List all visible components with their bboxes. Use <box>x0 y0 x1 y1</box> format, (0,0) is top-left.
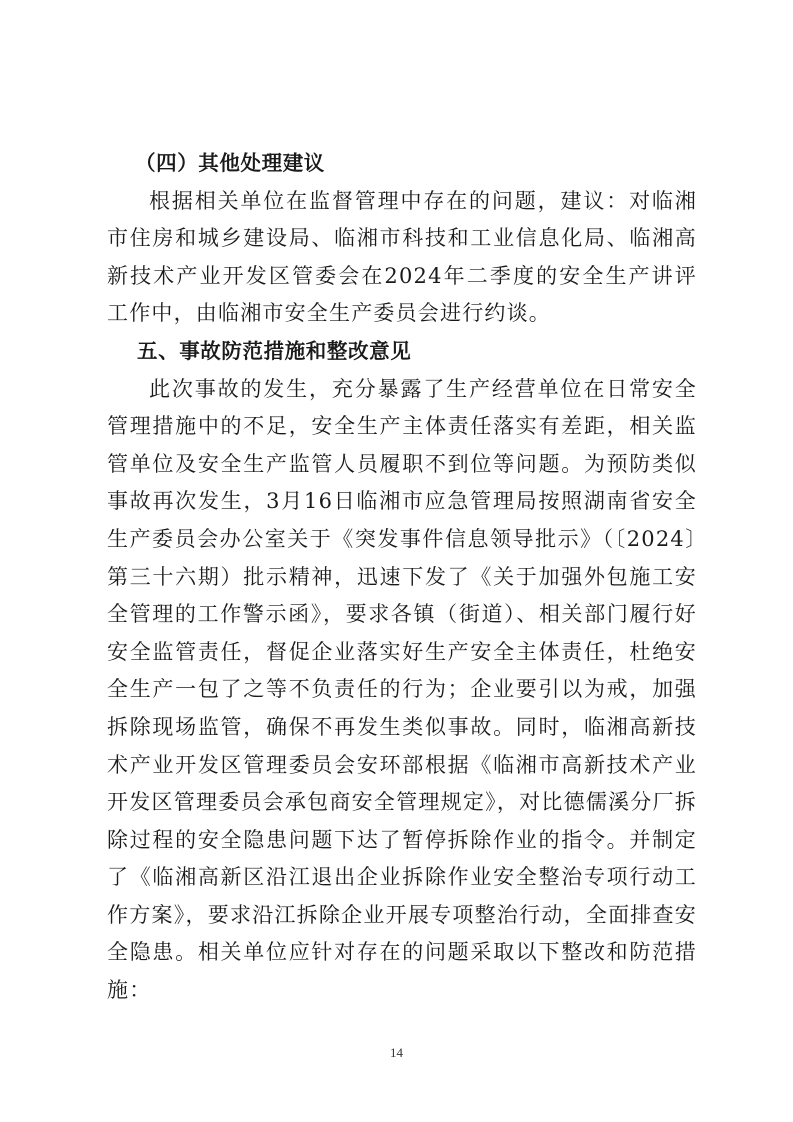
paragraph-prevention-measures: 此次事故的发生，充分暴露了生产经营单位在日常安全管理措施中的不足，安全生产主体责… <box>107 371 697 1010</box>
paragraph-other-suggestions: 根据相关单位在监督管理中存在的问题，建议：对临湘市住房和城乡建设局、临湘市科技和… <box>107 183 697 333</box>
section-heading-other-suggestions: （四）其他处理建议 <box>107 145 697 183</box>
section-heading-prevention-measures: 五、事故防范措施和整改意见 <box>107 333 697 371</box>
document-page: （四）其他处理建议 根据相关单位在监督管理中存在的问题，建议：对临湘市住房和城乡… <box>107 145 697 1010</box>
page-number: 14 <box>0 1045 793 1061</box>
